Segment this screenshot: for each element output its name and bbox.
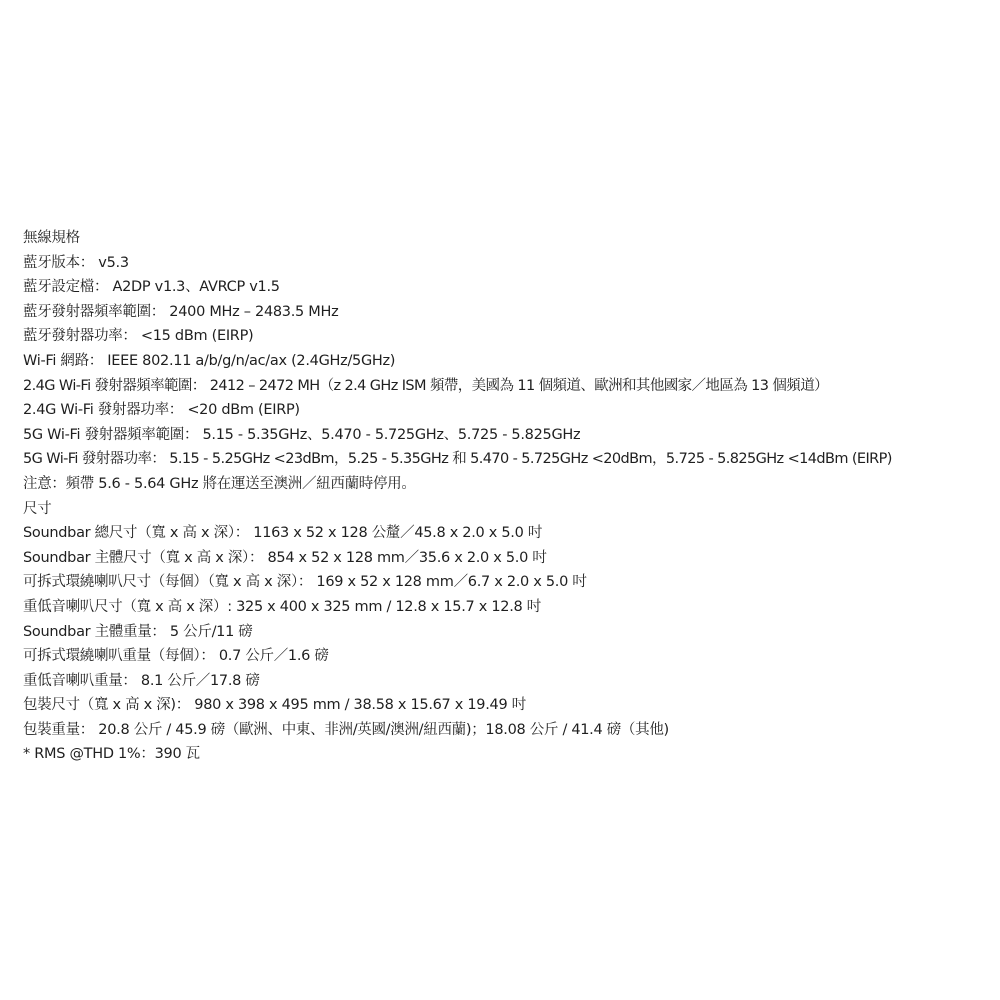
spec-wifi-24g-power: 2.4G Wi-Fi 發射器功率： <20 dBm (EIRP) xyxy=(23,398,993,423)
spec-surround-speaker-dimensions: 可拆式環繞喇叭尺寸（每個）（寬 x 高 x 深）： 169 x 52 x 128… xyxy=(23,570,993,595)
section-heading-wireless: 無線規格 xyxy=(23,226,993,251)
spec-soundbar-body-weight: Soundbar 主體重量： 5 公斤/11 磅 xyxy=(23,620,993,645)
spec-package-weight: 包裝重量： 20.8 公斤 / 45.9 磅（歐洲、中東、非洲/英國/澳洲/紐西… xyxy=(23,718,993,743)
spec-note-band-disabled: 注意：頻帶 5.6 - 5.64 GHz 將在運送至澳洲／紐西蘭時停用。 xyxy=(23,472,993,497)
spec-bluetooth-profiles: 藍牙設定檔： A2DP v1.3、AVRCP v1.5 xyxy=(23,275,993,300)
spec-soundbar-body-dimensions: Soundbar 主體尺寸（寬 x 高 x 深）： 854 x 52 x 128… xyxy=(23,546,993,571)
spec-wifi-24g-frequency-range: 2.4G Wi-Fi 發射器頻率範圍： 2412 – 2472 MH（z 2.4… xyxy=(23,374,993,399)
spec-subwoofer-weight: 重低音喇叭重量： 8.1 公斤／17.8 磅 xyxy=(23,669,993,694)
spec-bluetooth-power: 藍牙發射器功率： <15 dBm (EIRP) xyxy=(23,324,993,349)
spec-rms-power-footnote: * RMS @THD 1%：390 瓦 xyxy=(23,742,993,767)
spec-wifi-network: Wi-Fi 網路： IEEE 802.11 a/b/g/n/ac/ax (2.4… xyxy=(23,349,993,374)
spec-soundbar-total-dimensions: Soundbar 總尺寸（寬 x 高 x 深）： 1163 x 52 x 128… xyxy=(23,521,993,546)
spec-subwoofer-dimensions: 重低音喇叭尺寸（寬 x 高 x 深）: 325 x 400 x 325 mm /… xyxy=(23,595,993,620)
spec-surround-speaker-weight: 可拆式環繞喇叭重量（每個）： 0.7 公斤／1.6 磅 xyxy=(23,644,993,669)
spec-wifi-5g-power: 5G Wi-Fi 發射器功率： 5.15 - 5.25GHz <23dBm，5.… xyxy=(23,447,993,472)
section-heading-dimensions: 尺寸 xyxy=(23,497,993,522)
spec-document: 無線規格 藍牙版本： v5.3 藍牙設定檔： A2DP v1.3、AVRCP v… xyxy=(23,226,993,767)
spec-wifi-5g-frequency-range: 5G Wi-Fi 發射器頻率範圍： 5.15 - 5.35GHz、5.470 -… xyxy=(23,423,993,448)
spec-bluetooth-frequency-range: 藍牙發射器頻率範圍： 2400 MHz – 2483.5 MHz xyxy=(23,300,993,325)
spec-bluetooth-version: 藍牙版本： v5.3 xyxy=(23,251,993,276)
spec-package-dimensions: 包裝尺寸（寬 x 高 x 深)： 980 x 398 x 495 mm / 38… xyxy=(23,693,993,718)
